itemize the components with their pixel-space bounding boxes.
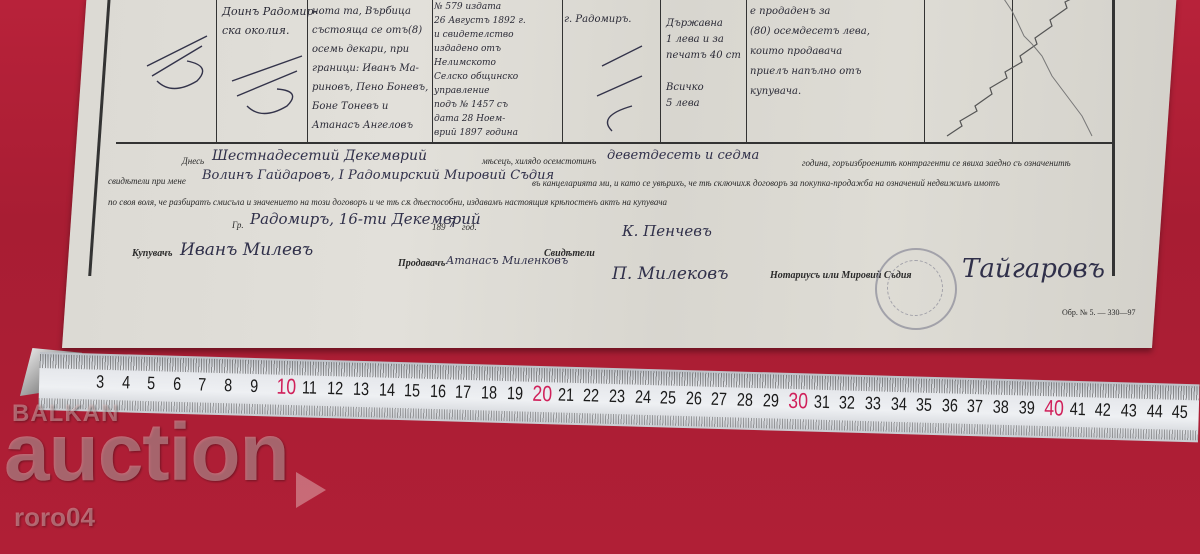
tape-number: 28 xyxy=(737,389,754,410)
watermark-play-icon xyxy=(296,472,326,508)
tape-number: 18 xyxy=(481,382,498,403)
watermark-user: roro04 xyxy=(14,502,95,533)
col-divider xyxy=(746,0,747,142)
tape-number: 14 xyxy=(378,379,395,400)
year-hand: 7 xyxy=(448,216,456,230)
cell-fees: Държавна 1 лева и за печатъ 40 ст Всичко… xyxy=(666,16,741,112)
year-suffix: год. xyxy=(462,222,477,232)
tape-number: 6 xyxy=(173,374,182,395)
col-divider xyxy=(432,0,433,142)
tape-number: 13 xyxy=(353,379,370,400)
document-content: Доинъ Радомир- ска околия. нота та, Върб… xyxy=(62,0,1152,348)
seller-label: Продавачъ xyxy=(398,258,445,269)
tape-number: 20 xyxy=(532,381,552,408)
left-border xyxy=(88,0,111,276)
tape-number: 4 xyxy=(121,372,130,393)
tape-number: 40 xyxy=(1044,395,1064,422)
tape-number: 36 xyxy=(941,395,958,416)
tape-number: 9 xyxy=(249,376,258,397)
col-divider xyxy=(660,0,661,142)
watermark-brand-main: auction xyxy=(4,412,289,494)
cell-town: г. Радомиръ. xyxy=(564,10,631,29)
col-divider xyxy=(924,0,925,142)
witnesses-label: Свидѣтели xyxy=(544,248,595,259)
buyer-signature: Иванъ Милевъ xyxy=(180,240,313,260)
tape-number: 19 xyxy=(506,383,523,404)
tape-number: 5 xyxy=(147,373,156,394)
tape-number: 21 xyxy=(558,384,575,405)
tape-number: 32 xyxy=(839,392,856,413)
witness1-signature: К. Пенчевъ xyxy=(622,222,712,240)
official-seal-stamp xyxy=(875,248,957,330)
place-date: Радомиръ, 16-ти Декемврий xyxy=(250,210,481,228)
tape-number: 10 xyxy=(276,374,296,401)
tape-number: 43 xyxy=(1120,400,1137,421)
tape-number: 25 xyxy=(660,387,677,408)
body-line2-prefix: свидѣтели при мене xyxy=(108,176,186,186)
tape-number: 44 xyxy=(1146,401,1163,422)
body-line2-names: Волинъ Гайдаровъ, I Радомирский Мировий … xyxy=(202,168,554,183)
buyer-label: Купувачъ xyxy=(132,248,173,259)
tape-number: 3 xyxy=(96,372,105,393)
tape-number: 34 xyxy=(890,394,907,415)
tape-number: 15 xyxy=(404,380,421,401)
tape-number: 29 xyxy=(762,390,779,411)
body-line3: по своя воля, че разбиратъ смисъла и зна… xyxy=(108,197,667,207)
body-line1-year: деветдесеть и седма xyxy=(607,148,759,163)
body-line1-day: Шестнадесетий Декемврий xyxy=(212,148,427,164)
tape-number: 8 xyxy=(224,375,233,396)
tape-number: 17 xyxy=(455,382,472,403)
body-line1-suffix: година, горъизброенитѣ контрагенти се яв… xyxy=(802,158,1071,168)
tape-number: 38 xyxy=(993,397,1010,418)
table-bottom-rule xyxy=(116,142,1112,144)
cell-document-ref: № 579 издата 26 Августъ 1892 г. и свидет… xyxy=(434,0,526,140)
cancellation-marks xyxy=(942,0,1102,142)
mark-signature-2 xyxy=(227,51,307,121)
tape-number: 22 xyxy=(583,385,600,406)
notary-signature: Тайгаровъ xyxy=(962,254,1105,284)
tape-number: 45 xyxy=(1172,402,1189,423)
tape-number: 26 xyxy=(685,388,702,409)
tape-number: 7 xyxy=(198,374,207,395)
form-code: Обр. № 5. — 330—97 xyxy=(1062,308,1135,317)
cell-description: нота та, Върбица състояща се отъ(8) осем… xyxy=(312,2,428,135)
tape-number: 33 xyxy=(865,393,882,414)
right-border xyxy=(1112,0,1115,276)
tape-number: 42 xyxy=(1095,399,1112,420)
tape-number: 23 xyxy=(609,386,626,407)
mark-signature-3 xyxy=(592,36,652,136)
year-printed: 189 xyxy=(432,222,446,232)
tape-number: 27 xyxy=(711,389,728,410)
tape-number: 41 xyxy=(1069,399,1086,420)
cell-price: е продаденъ за (80) осемдесетъ лева, кои… xyxy=(750,2,870,102)
tape-number: 39 xyxy=(1018,397,1035,418)
col-divider xyxy=(562,0,563,142)
body-line2-suffix: въ канцеларията ми, и като се увѣрихъ, ч… xyxy=(532,178,1000,188)
tape-number: 37 xyxy=(967,396,984,417)
place-prefix: Гр. xyxy=(232,220,244,230)
tape-number: 30 xyxy=(788,388,808,415)
tape-number: 35 xyxy=(916,394,933,415)
tape-number: 11 xyxy=(301,377,317,398)
body-line1-prefix: Днесь xyxy=(182,156,204,166)
witness2-signature: П. Милековъ xyxy=(612,264,729,284)
body-line1-mid: мѣсецъ, хилядо осемстотинъ xyxy=(482,156,596,166)
mark-signature-1 xyxy=(142,26,222,96)
tape-number: 16 xyxy=(430,381,447,402)
tape-number: 12 xyxy=(327,378,344,399)
cell-village: Доинъ Радомир- ска околия. xyxy=(222,2,317,40)
tape-number: 31 xyxy=(813,392,830,413)
tape-number: 24 xyxy=(634,387,651,408)
